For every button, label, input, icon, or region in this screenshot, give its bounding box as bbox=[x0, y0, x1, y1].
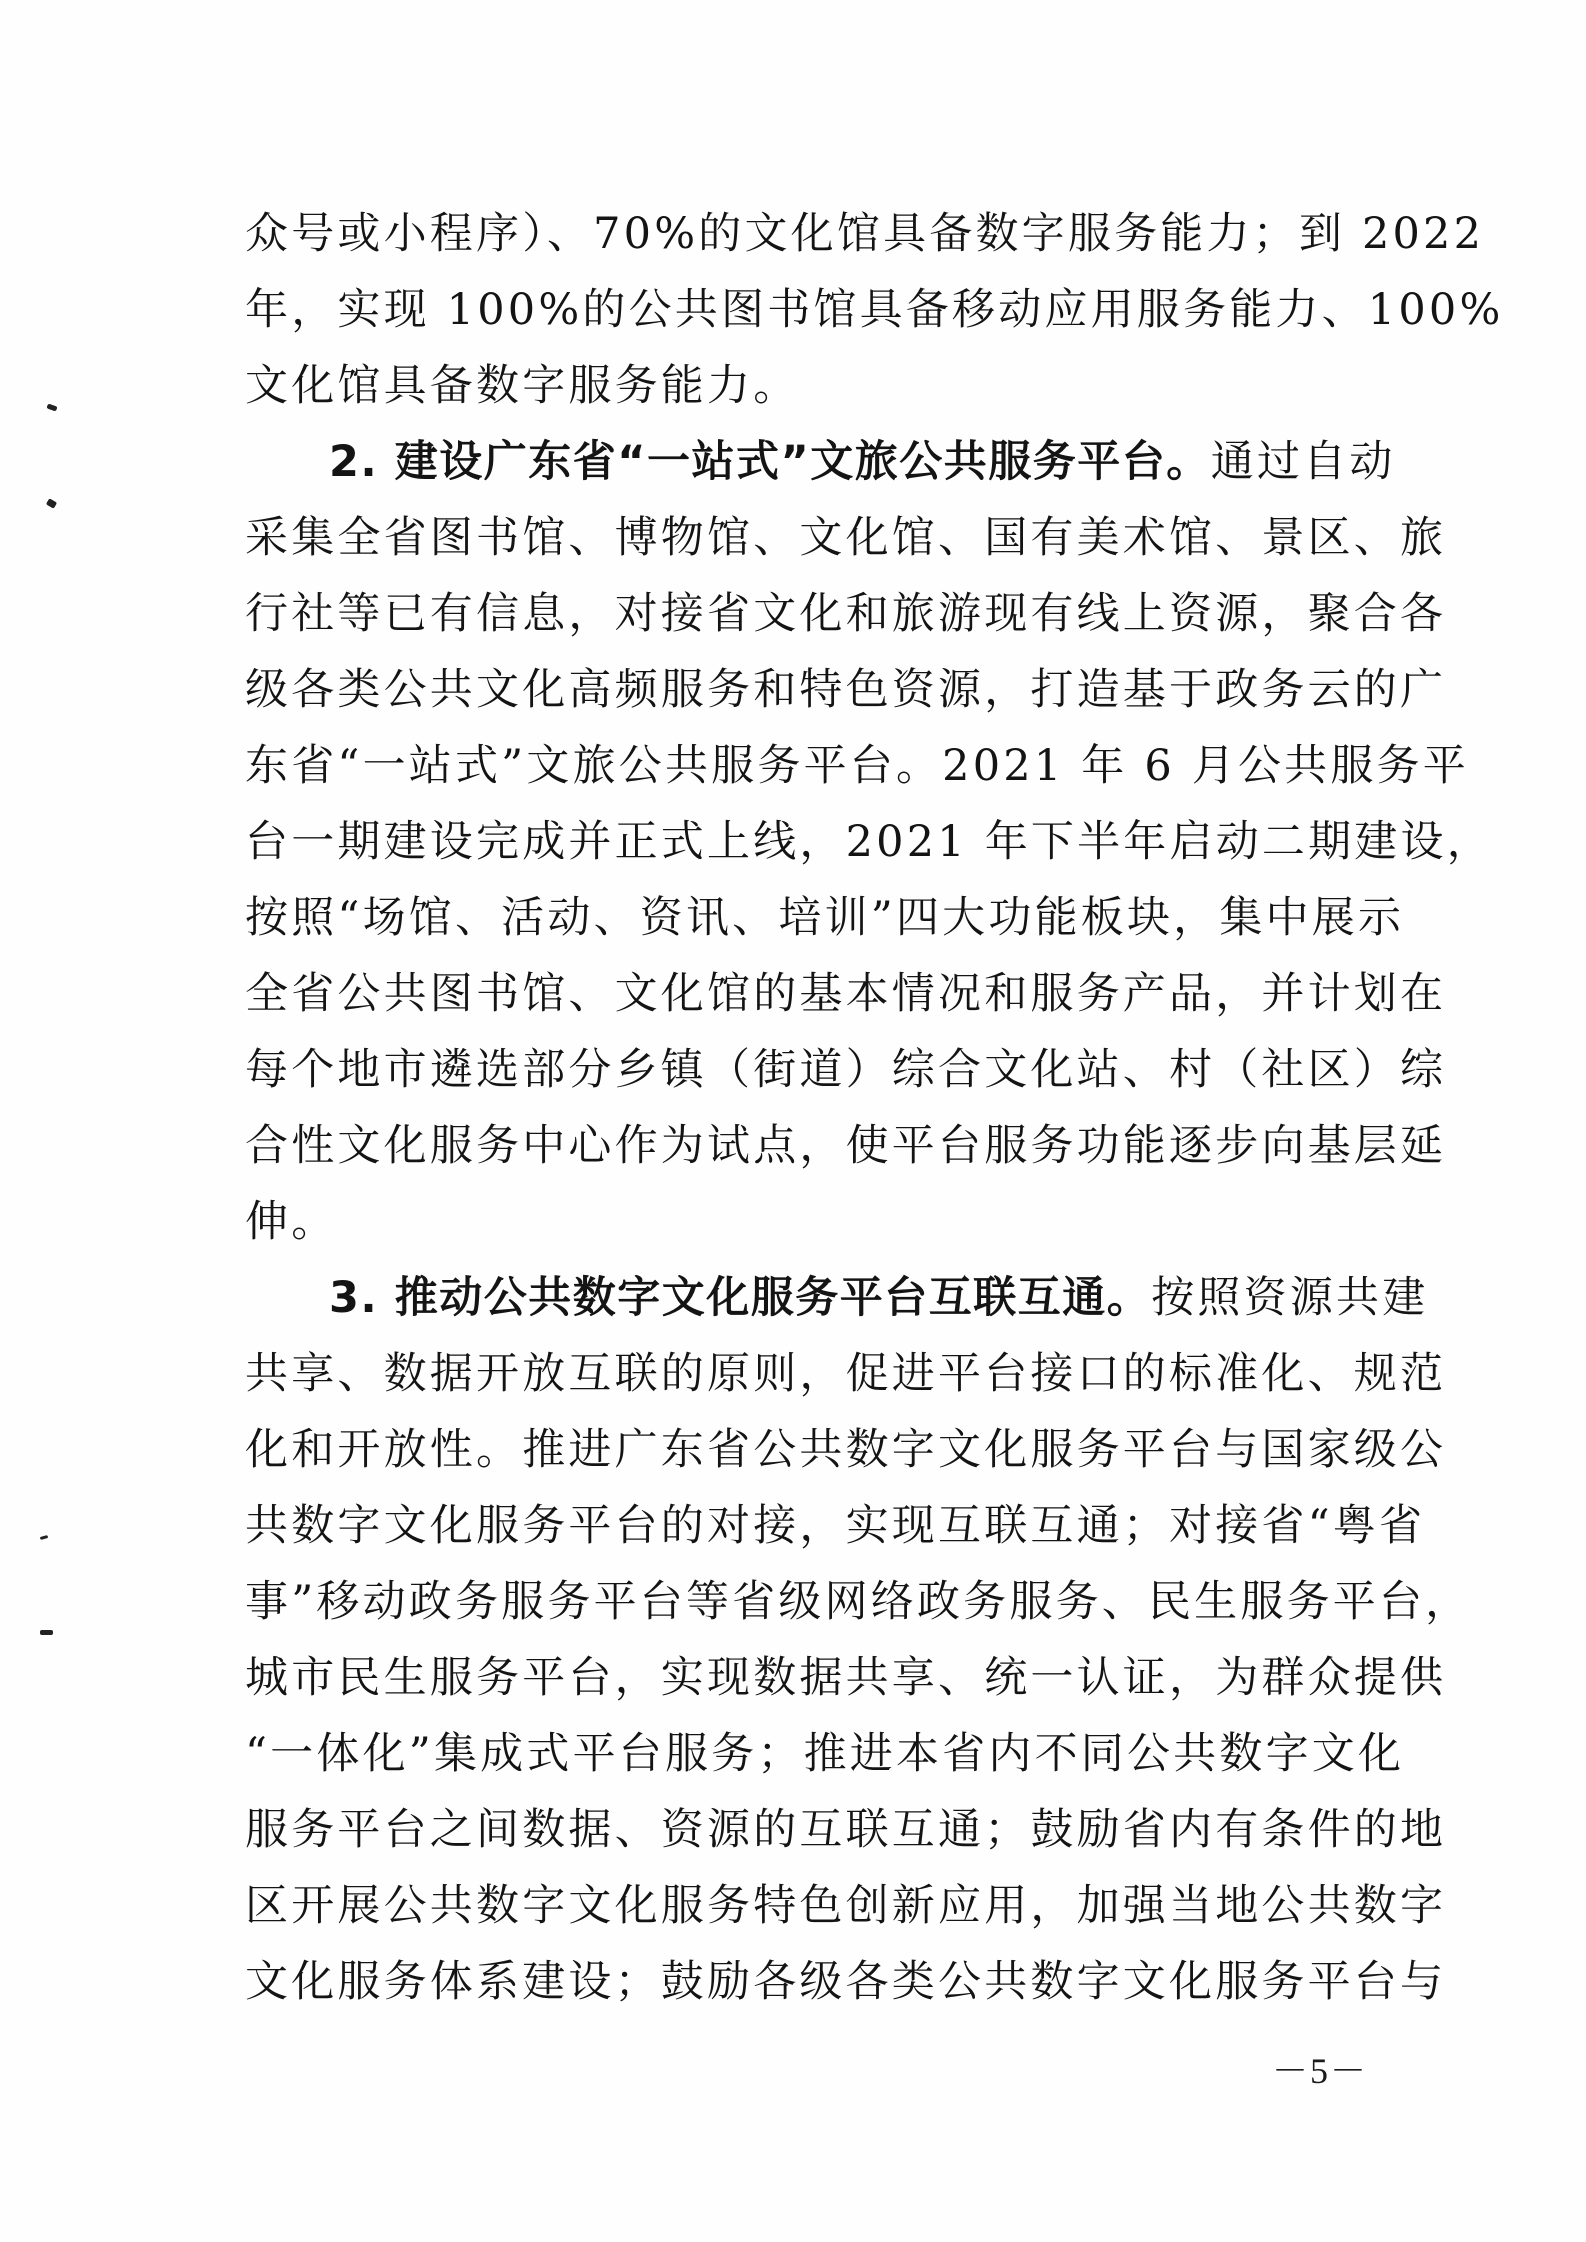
document-page: 众号或小程序）、70%的文化馆具备数字服务能力；到 2022 年，实现 100%… bbox=[0, 0, 1586, 2242]
text-line: 区开展公共数字文化服务特色创新应用，加强当地公共数字 bbox=[245, 1868, 1355, 1944]
text-line: 共享、数据开放互联的原则，促进平台接口的标准化、规范 bbox=[245, 1336, 1355, 1412]
text-line: “一体化”集成式平台服务；推进本省内不同公共数字文化 bbox=[245, 1716, 1355, 1792]
text-line: 行社等已有信息，对接省文化和旅游现有线上资源，聚合各 bbox=[245, 576, 1355, 652]
section-heading: 3. 推动公共数字文化服务平台互联互通。 bbox=[329, 1273, 1151, 1323]
text-line: 年，实现 100%的公共图书馆具备移动应用服务能力、100% bbox=[245, 272, 1355, 348]
text-line: 采集全省图书馆、博物馆、文化馆、国有美术馆、景区、旅 bbox=[245, 500, 1355, 576]
text-line: 东省“一站式”文旅公共服务平台。2021 年 6 月公共服务平 bbox=[245, 728, 1355, 804]
page-number: －5－ bbox=[1272, 2043, 1368, 2094]
scan-speck bbox=[46, 498, 57, 509]
text-line: 3. 推动公共数字文化服务平台互联互通。按照资源共建 bbox=[245, 1260, 1355, 1336]
paragraph-2: 2. 建设广东省“一站式”文旅公共服务平台。通过自动 采集全省图书馆、博物馆、文… bbox=[245, 424, 1355, 1260]
text-line: 事”移动政务服务平台等省级网络政务服务、民生服务平台， bbox=[245, 1564, 1355, 1640]
scan-speck bbox=[40, 1630, 53, 1635]
section-heading: 2. 建设广东省“一站式”文旅公共服务平台。 bbox=[329, 437, 1211, 487]
body-text: 众号或小程序）、70%的文化馆具备数字服务能力；到 2022 年，实现 100%… bbox=[245, 196, 1355, 2020]
text-line: 台一期建设完成并正式上线，2021 年下半年启动二期建设， bbox=[245, 804, 1355, 880]
text-line: 合性文化服务中心作为试点，使平台服务功能逐步向基层延 bbox=[245, 1108, 1355, 1184]
text-line: 城市民生服务平台，实现数据共享、统一认证，为群众提供 bbox=[245, 1640, 1355, 1716]
text-line: 共数字文化服务平台的对接，实现互联互通；对接省“粤省 bbox=[245, 1488, 1355, 1564]
text-line: 全省公共图书馆、文化馆的基本情况和服务产品，并计划在 bbox=[245, 956, 1355, 1032]
scan-speck bbox=[46, 403, 57, 411]
text-line: 化和开放性。推进广东省公共数字文化服务平台与国家级公 bbox=[245, 1412, 1355, 1488]
text-line: 2. 建设广东省“一站式”文旅公共服务平台。通过自动 bbox=[245, 424, 1355, 500]
text-run: 按照资源共建 bbox=[1151, 1273, 1428, 1323]
paragraph-1: 众号或小程序）、70%的文化馆具备数字服务能力；到 2022 年，实现 100%… bbox=[245, 196, 1355, 424]
text-run: 通过自动 bbox=[1211, 437, 1396, 487]
text-line: 每个地市遴选部分乡镇（街道）综合文化站、村（社区）综 bbox=[245, 1032, 1355, 1108]
scan-speck bbox=[40, 1535, 49, 1540]
text-line: 服务平台之间数据、资源的互联互通；鼓励省内有条件的地 bbox=[245, 1792, 1355, 1868]
paragraph-3: 3. 推动公共数字文化服务平台互联互通。按照资源共建 共享、数据开放互联的原则，… bbox=[245, 1260, 1355, 2020]
text-line: 众号或小程序）、70%的文化馆具备数字服务能力；到 2022 bbox=[245, 196, 1355, 272]
text-line: 级各类公共文化高频服务和特色资源，打造基于政务云的广 bbox=[245, 652, 1355, 728]
text-line: 文化馆具备数字服务能力。 bbox=[245, 348, 1355, 424]
text-line: 文化服务体系建设；鼓励各级各类公共数字文化服务平台与 bbox=[245, 1944, 1355, 2020]
text-line: 按照“场馆、活动、资讯、培训”四大功能板块，集中展示 bbox=[245, 880, 1355, 956]
text-line: 伸。 bbox=[245, 1184, 1355, 1260]
